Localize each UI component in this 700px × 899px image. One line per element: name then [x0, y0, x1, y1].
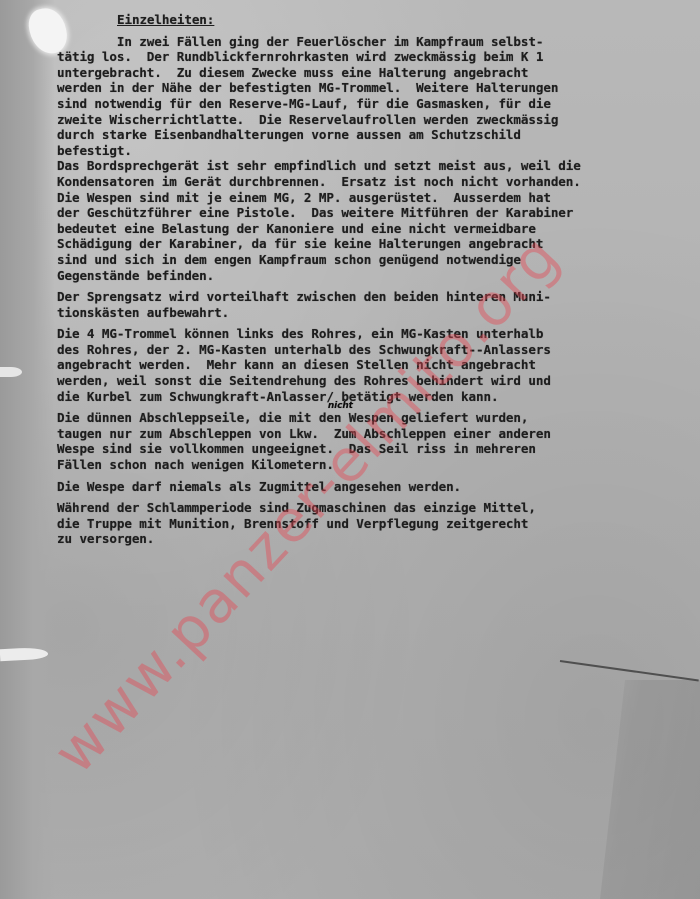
handwritten-insertion: nicht: [328, 399, 353, 415]
paragraph: Während der Schlammperiode sind Zugmasch…: [57, 500, 697, 547]
text-line: zu versorgen.: [57, 531, 697, 547]
text-line: Die dünnen Abschleppseile, die mit den W…: [57, 410, 697, 426]
text-line: Wespe sind sie vollkommen ungeeignet. Da…: [57, 441, 697, 457]
text-line: tionskästen aufbewahrt.: [57, 305, 697, 321]
text-line: taugen nur zum Abschleppen von Lkw. Zum …: [57, 426, 697, 442]
paper-crease: [560, 660, 699, 681]
text-line: sind und sich in dem engen Kampfraum sch…: [57, 252, 697, 268]
text-line: Kondensatoren im Gerät durchbrennen. Ers…: [57, 174, 697, 190]
document-heading: Einzelheiten:: [117, 12, 214, 28]
text-line: die Kurbel zum Schwungkraft-Anlasser/nic…: [57, 389, 697, 405]
text-line: Während der Schlammperiode sind Zugmasch…: [57, 500, 697, 516]
typewritten-document: Einzelheiten: In zwei Fällen ging der Fe…: [57, 12, 697, 553]
paper-fold: [600, 680, 700, 899]
scanned-page: Einzelheiten: In zwei Fällen ging der Fe…: [0, 0, 700, 899]
text-line: durch starke Eisenbandhalterungen vorne …: [57, 127, 697, 143]
text-line: Die Wespe darf niemals als Zugmittel ang…: [57, 479, 697, 495]
text-line: untergebracht. Zu diesem Zwecke muss ein…: [57, 65, 697, 81]
text-line: bedeutet eine Belastung der Kanoniere un…: [57, 221, 697, 237]
text-line: In zwei Fällen ging der Feuerlöscher im …: [57, 34, 697, 50]
text-line: die Truppe mit Munition, Brennstoff und …: [57, 516, 697, 532]
text-line: des Rohres, der 2. MG-Kasten unterhalb d…: [57, 342, 697, 358]
text-line: werden in der Nähe der befestigten MG-Tr…: [57, 80, 697, 96]
document-body: In zwei Fällen ging der Feuerlöscher im …: [57, 34, 697, 547]
text-line: Schädigung der Karabiner, da für sie kei…: [57, 236, 697, 252]
paragraph: Die Wespe darf niemals als Zugmittel ang…: [57, 479, 697, 495]
paper-nick-left: [0, 367, 22, 377]
text-line: Das Bordsprechgerät ist sehr empfindlich…: [57, 158, 697, 174]
text-line: Die 4 MG-Trommel können links des Rohres…: [57, 326, 697, 342]
text-line: sind notwendig für den Reserve-MG-Lauf, …: [57, 96, 697, 112]
text-line: der Geschützführer eine Pistole. Das wei…: [57, 205, 697, 221]
text-line: werden, weil sonst die Seitendrehung des…: [57, 373, 697, 389]
text-line: angebracht werden. Mehr kann an diesen S…: [57, 357, 697, 373]
paragraph: In zwei Fällen ging der Feuerlöscher im …: [57, 34, 697, 284]
text-line: Die Wespen sind mit je einem MG, 2 MP. a…: [57, 190, 697, 206]
text-line: Der Sprengsatz wird vorteilhaft zwischen…: [57, 289, 697, 305]
text-line: befestigt.: [57, 143, 697, 159]
paragraph: Die 4 MG-Trommel können links des Rohres…: [57, 326, 697, 404]
text-line: Fällen schon nach wenigen Kilometern.: [57, 457, 697, 473]
text-line: zweite Wischerrichtlatte. Die Reservelau…: [57, 112, 697, 128]
page-left-edge-shadow: [0, 0, 55, 899]
paragraph: Die dünnen Abschleppseile, die mit den W…: [57, 410, 697, 472]
paragraph: Der Sprengsatz wird vorteilhaft zwischen…: [57, 289, 697, 320]
text-line: Gegenstände befinden.: [57, 268, 697, 284]
text-line: tätig los. Der Rundblickfernrohrkasten w…: [57, 49, 697, 65]
